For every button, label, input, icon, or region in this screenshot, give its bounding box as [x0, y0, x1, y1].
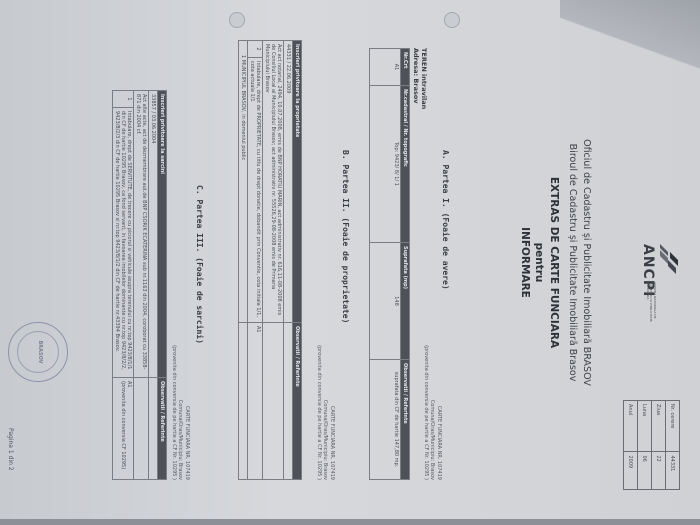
row-number: 1	[113, 91, 134, 108]
col-header: Nr.cadastral / Nr. topografic	[401, 86, 410, 243]
official-stamp: BRASOV	[8, 322, 68, 382]
month: 06	[638, 452, 652, 490]
label: Nr. cerere	[666, 401, 680, 452]
observations: suprafata din CF de hartie 147,80 mp.	[370, 360, 401, 480]
cf-locality: Comuna/Oras/Municipiu: Brasov	[177, 280, 184, 480]
punch-hole	[229, 12, 245, 28]
page-number: Pagina 1 din 2	[7, 428, 14, 471]
area-value: 148	[370, 243, 401, 360]
col-header: Observatii / Referinte	[158, 378, 167, 480]
reference: A1	[248, 323, 263, 480]
logo-subtitle: AGENTIA NATIONALA DE CADASTRU SI PUBLICI…	[646, 282, 657, 332]
reference-note: (provenita din conversia CF 10295)	[120, 381, 126, 476]
empty-cell	[263, 323, 284, 480]
cf-conversion: (provenita din conversia de pe hartie a …	[171, 280, 178, 480]
empty-cell	[134, 378, 149, 480]
table-row: 1 Intabulare, drept de SERVITUTE, de tre…	[113, 91, 134, 480]
day: 22	[652, 452, 666, 490]
year: 2009	[624, 452, 638, 490]
label: Luna	[638, 401, 652, 452]
cf-locality: Comuna/Oras/Municipiu: Brasov	[429, 280, 436, 480]
bureau-line: Biroul de Cadastru și Publicitate Imobil…	[567, 0, 578, 525]
entry-number: 33857 / 03.06.2004	[149, 91, 158, 378]
owner-cell: 1 MUNICIPIUL BRASOV, in domeniul public	[239, 41, 248, 323]
owner-number: 1	[240, 55, 246, 58]
document-page: ANCPI AGENTIA NATIONALA DE CADASTRU SI P…	[0, 0, 700, 525]
col-header: Inscrieri privitoare la proprietate	[293, 41, 302, 323]
table-row: 2 Intabulare, drept de PROPRIETATE, cu t…	[248, 41, 263, 480]
reference-cell: A1(provenita din conversia CF 10295)	[113, 378, 134, 480]
photo-background: ANCPI AGENTIA NATIONALA DE CADASTRU SI P…	[0, 0, 700, 525]
land-table: Nr.Crt Nr.cadastral / Nr. topografic Sup…	[369, 48, 410, 480]
reference: A1	[126, 381, 132, 476]
owner-name: MUNICIPIUL BRASOV, in domeniul public	[240, 60, 246, 161]
cf-number: CARTE FUNCIARA NR. 107419	[184, 280, 191, 480]
punch-hole	[444, 12, 460, 28]
entry-number: 44331 / 22.06.2009	[284, 41, 293, 323]
col-header: Nr.Crt	[401, 49, 410, 86]
request-info-table: Nr. cerere44331 Ziua22 Luna06 Anul2009	[623, 400, 680, 490]
document-title: EXTRAS DE CARTE FUNCIARA	[548, 0, 560, 525]
part-b-cf-ref: CARTE FUNCIARA NR. 107419 Comuna/Oras/Mu…	[316, 280, 336, 480]
empty-cell	[239, 323, 248, 480]
empty-cell	[284, 323, 293, 480]
col-header: Observatii / Referinte	[401, 360, 410, 480]
cf-conversion: (provenita din conversia de pe hartie a …	[316, 280, 323, 480]
entry-act: Act alte acte, act de dezmembrare aut.de…	[134, 91, 149, 378]
empty-cell	[149, 378, 158, 480]
col-header: Observatii / Referinte	[293, 323, 302, 480]
office-line: Oficiul de Cadastru și Publicitate Imobi…	[581, 0, 592, 525]
cf-number: CARTE FUNCIARA NR. 107419	[329, 280, 336, 480]
row-number: 2	[248, 41, 263, 58]
label: Anul	[624, 401, 638, 452]
land-type: TEREN intravilan	[420, 48, 428, 109]
encumbrance-right: Intabulare, drept de SERVITUTE, de trece…	[113, 108, 134, 378]
encumbrance-table: Inscrieri privitoare la sarcini Observat…	[112, 90, 167, 480]
col-header: Inscrieri privitoare la sarcini	[158, 91, 167, 378]
cf-number: CARTE FUNCIARA NR. 107419	[436, 280, 443, 480]
part-a-cf-ref: CARTE FUNCIARA NR. 107419 Comuna/Oras/Mu…	[423, 280, 443, 480]
part-c-heading: C. Partea III. (Foaie de sarcini)	[195, 185, 204, 344]
cf-locality: Comuna/Oras/Municipiu: Brasov	[322, 280, 329, 480]
col-header: Suprafata (mp)	[401, 243, 410, 360]
ancpi-logo-icon	[658, 240, 682, 280]
part-c-cf-ref: CARTE FUNCIARA NR. 107419 Comuna/Oras/Mu…	[171, 280, 191, 480]
land-address: Adresa: Brasov	[412, 48, 420, 104]
ownership-table: Inscrieri privitoare la proprietate Obse…	[238, 40, 302, 480]
title-for: pentru	[533, 0, 545, 525]
parcel-number: A1	[370, 49, 401, 86]
table-row: A1 Top: 9423/ 8/ 1/ 1 148 suprafata din …	[370, 49, 401, 480]
ancpi-logo	[654, 240, 682, 280]
part-b-heading: B. Partea II. (Foaie de proprietate)	[341, 150, 350, 323]
entry-act: Act act notarial, 2494, 10.07.2008, emis…	[263, 41, 284, 323]
request-number: 44331	[666, 452, 680, 490]
document-purpose: INFORMARE	[519, 0, 531, 525]
part-a-heading: A. Partea I. (Foaie de avere)	[441, 150, 450, 290]
table-row: 1 MUNICIPIUL BRASOV, in domeniul public	[239, 41, 248, 480]
stamp-text: BRASOV	[37, 323, 43, 381]
cf-conversion: (provenita din conversia de pe hartie a …	[423, 280, 430, 480]
label: Ziua	[652, 401, 666, 452]
ownership-right: Intabulare, drept de PROPRIETATE, cu tit…	[248, 58, 263, 323]
cadastral-number: Top: 9423/ 8/ 1/ 1	[370, 86, 401, 243]
